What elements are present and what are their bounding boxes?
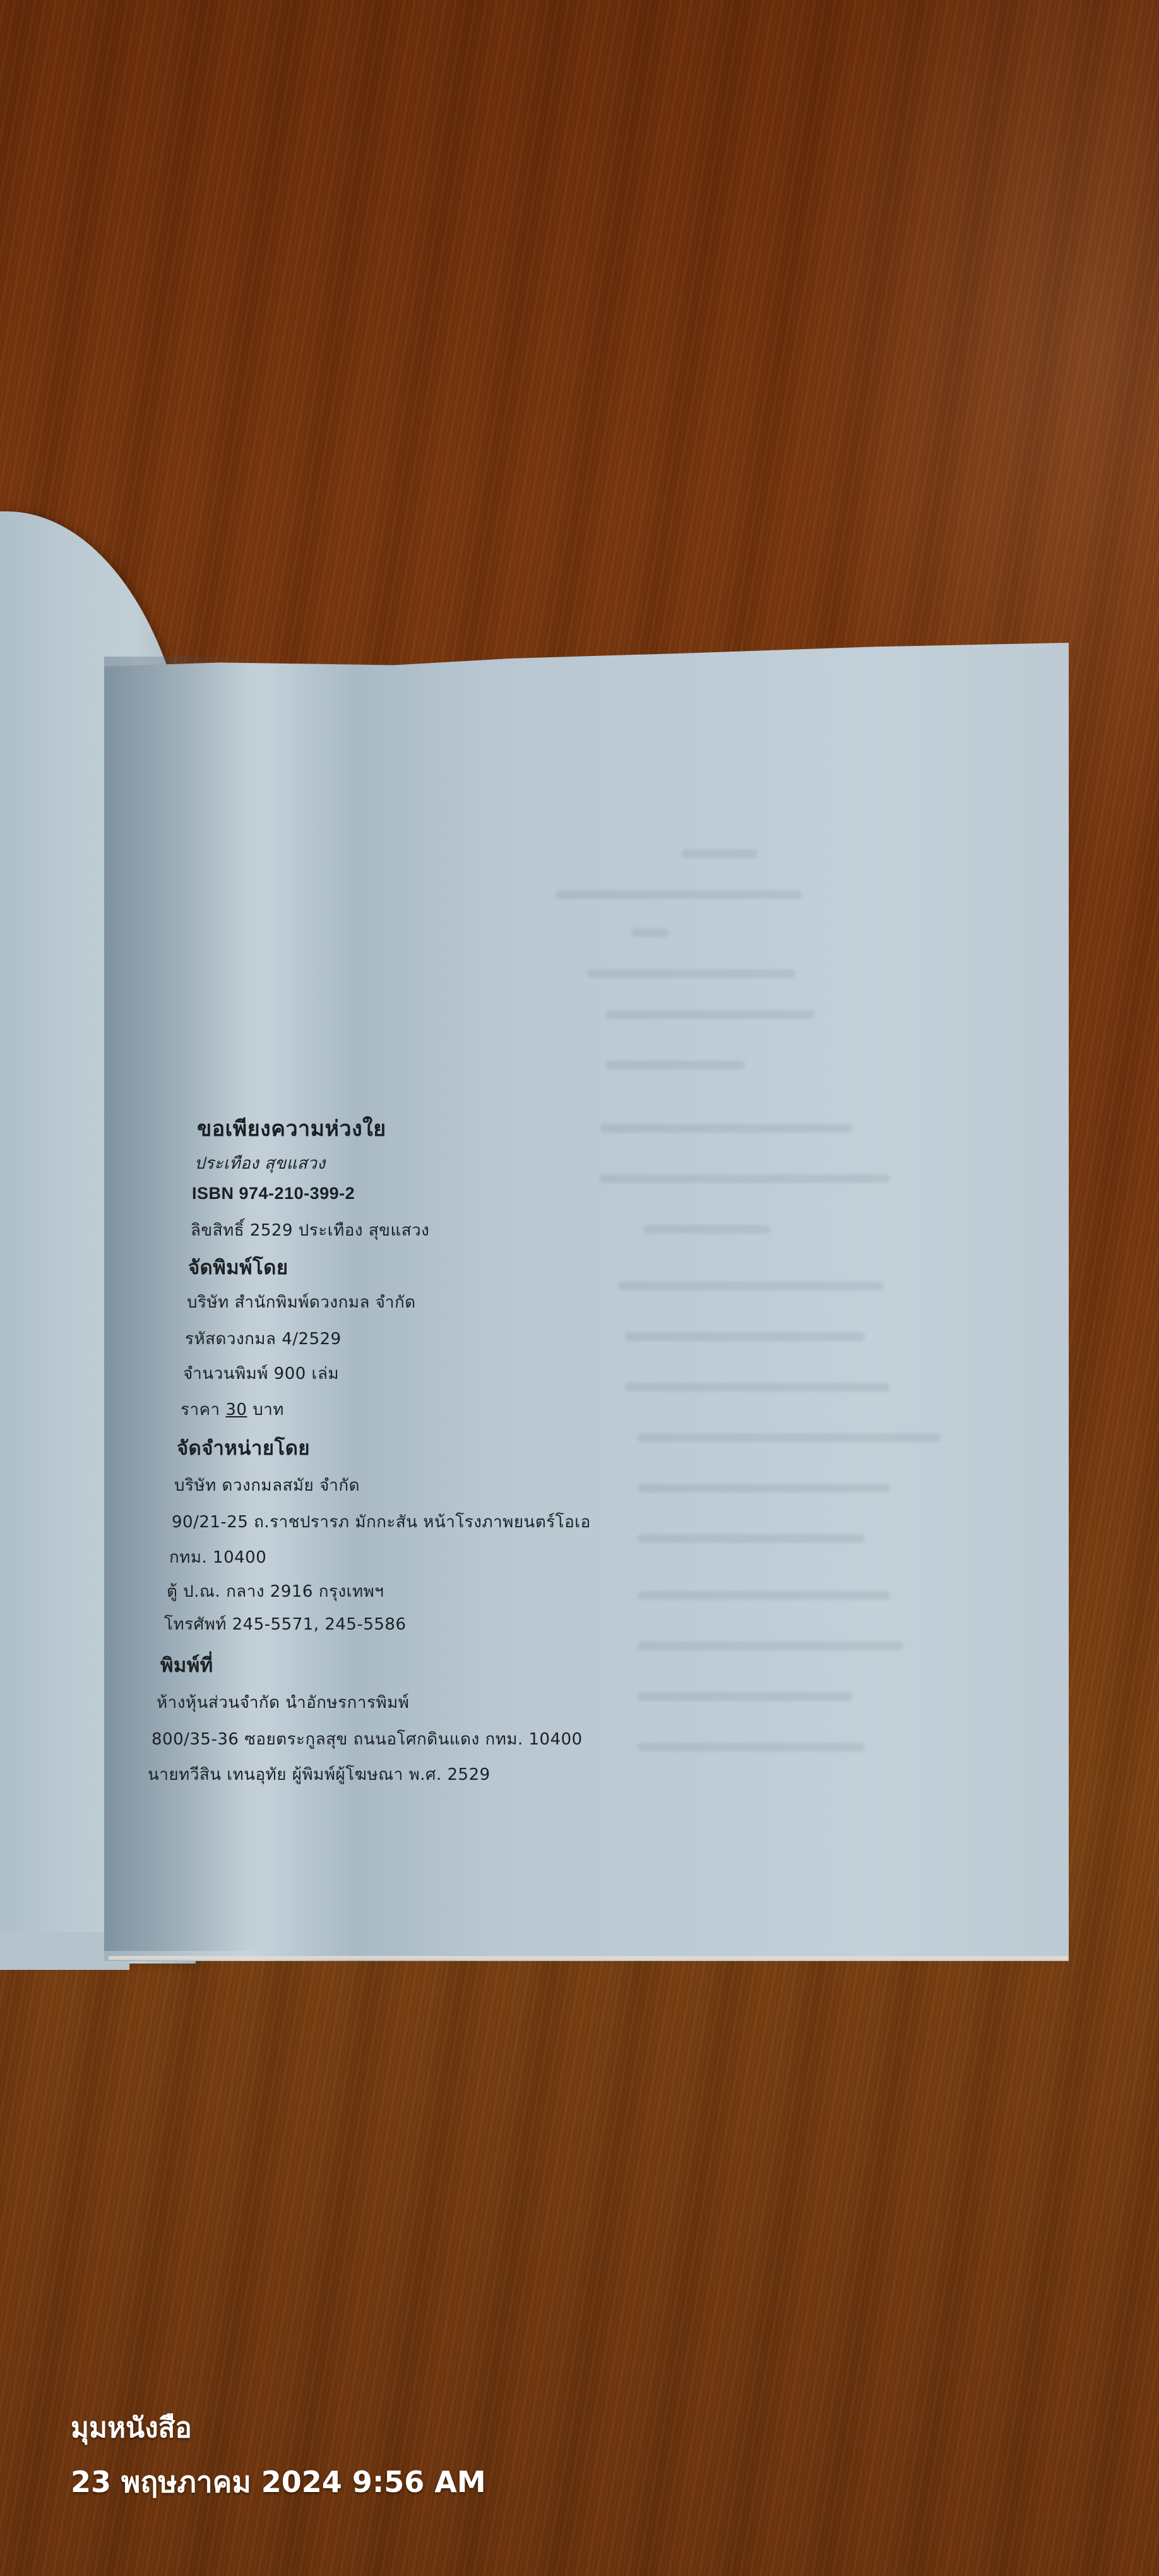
copyright-line: ลิขสิทธิ์ 2529 ประเทือง สุขแสวง	[191, 1217, 429, 1243]
distributed-by-heading: จัดจำหน่ายโดย	[177, 1432, 310, 1464]
distributor-address: 90/21-25 ถ.ราชปรารภ มักกะสัน หน้าโรงภาพย…	[172, 1509, 591, 1535]
watermark-name: มุมหนังสือ	[71, 2406, 192, 2450]
distributor-phone: โทรศัพท์ 245-5571, 245-5586	[164, 1611, 407, 1637]
author-name: ประเทือง สุขแสวง	[194, 1150, 326, 1176]
printer-name: ห้างหุ้นส่วนจำกัด นำอักษรการพิมพ์	[157, 1690, 409, 1715]
printed-at-heading: พิมพ์ที่	[160, 1649, 213, 1681]
price-prefix: ราคา	[181, 1400, 220, 1419]
watermark-datetime: 23 พฤษภาคม 2024 9:56 AM	[71, 2459, 486, 2505]
isbn: ISBN 974-210-399-2	[192, 1184, 355, 1203]
printer-address: 800/35-36 ซอยตระกูลสุข ถนนอโศกดินแดง กทม…	[152, 1726, 583, 1752]
price-value: 30	[225, 1400, 247, 1419]
page-bottom-edge	[109, 1956, 1068, 1960]
print-run: จำนวนพิมพ์ 900 เล่ม	[183, 1361, 339, 1386]
publisher-note: นายทวีสิน เทนอุทัย ผู้พิมพ์ผู้โฆษณา พ.ศ.…	[148, 1762, 490, 1787]
price-suffix: บาท	[253, 1400, 284, 1419]
published-by-heading: จัดพิมพ์โดย	[188, 1251, 288, 1283]
distributor-postcode: กทม. 10400	[169, 1544, 266, 1570]
book-title: ขอเพียงความห่วงใย	[197, 1111, 386, 1145]
distributor-company: บริษัท ดวงกมลสมัย จำกัด	[174, 1472, 360, 1498]
distributor-po-box: ตู้ ป.ณ. กลาง 2916 กรุงเทพฯ	[167, 1578, 384, 1604]
price: ราคา 30 บาท	[181, 1397, 284, 1422]
publisher-company: บริษัท สำนักพิมพ์ดวงกมล จำกัด	[187, 1289, 416, 1315]
publisher-code: รหัสดวงกมล 4/2529	[185, 1326, 342, 1352]
